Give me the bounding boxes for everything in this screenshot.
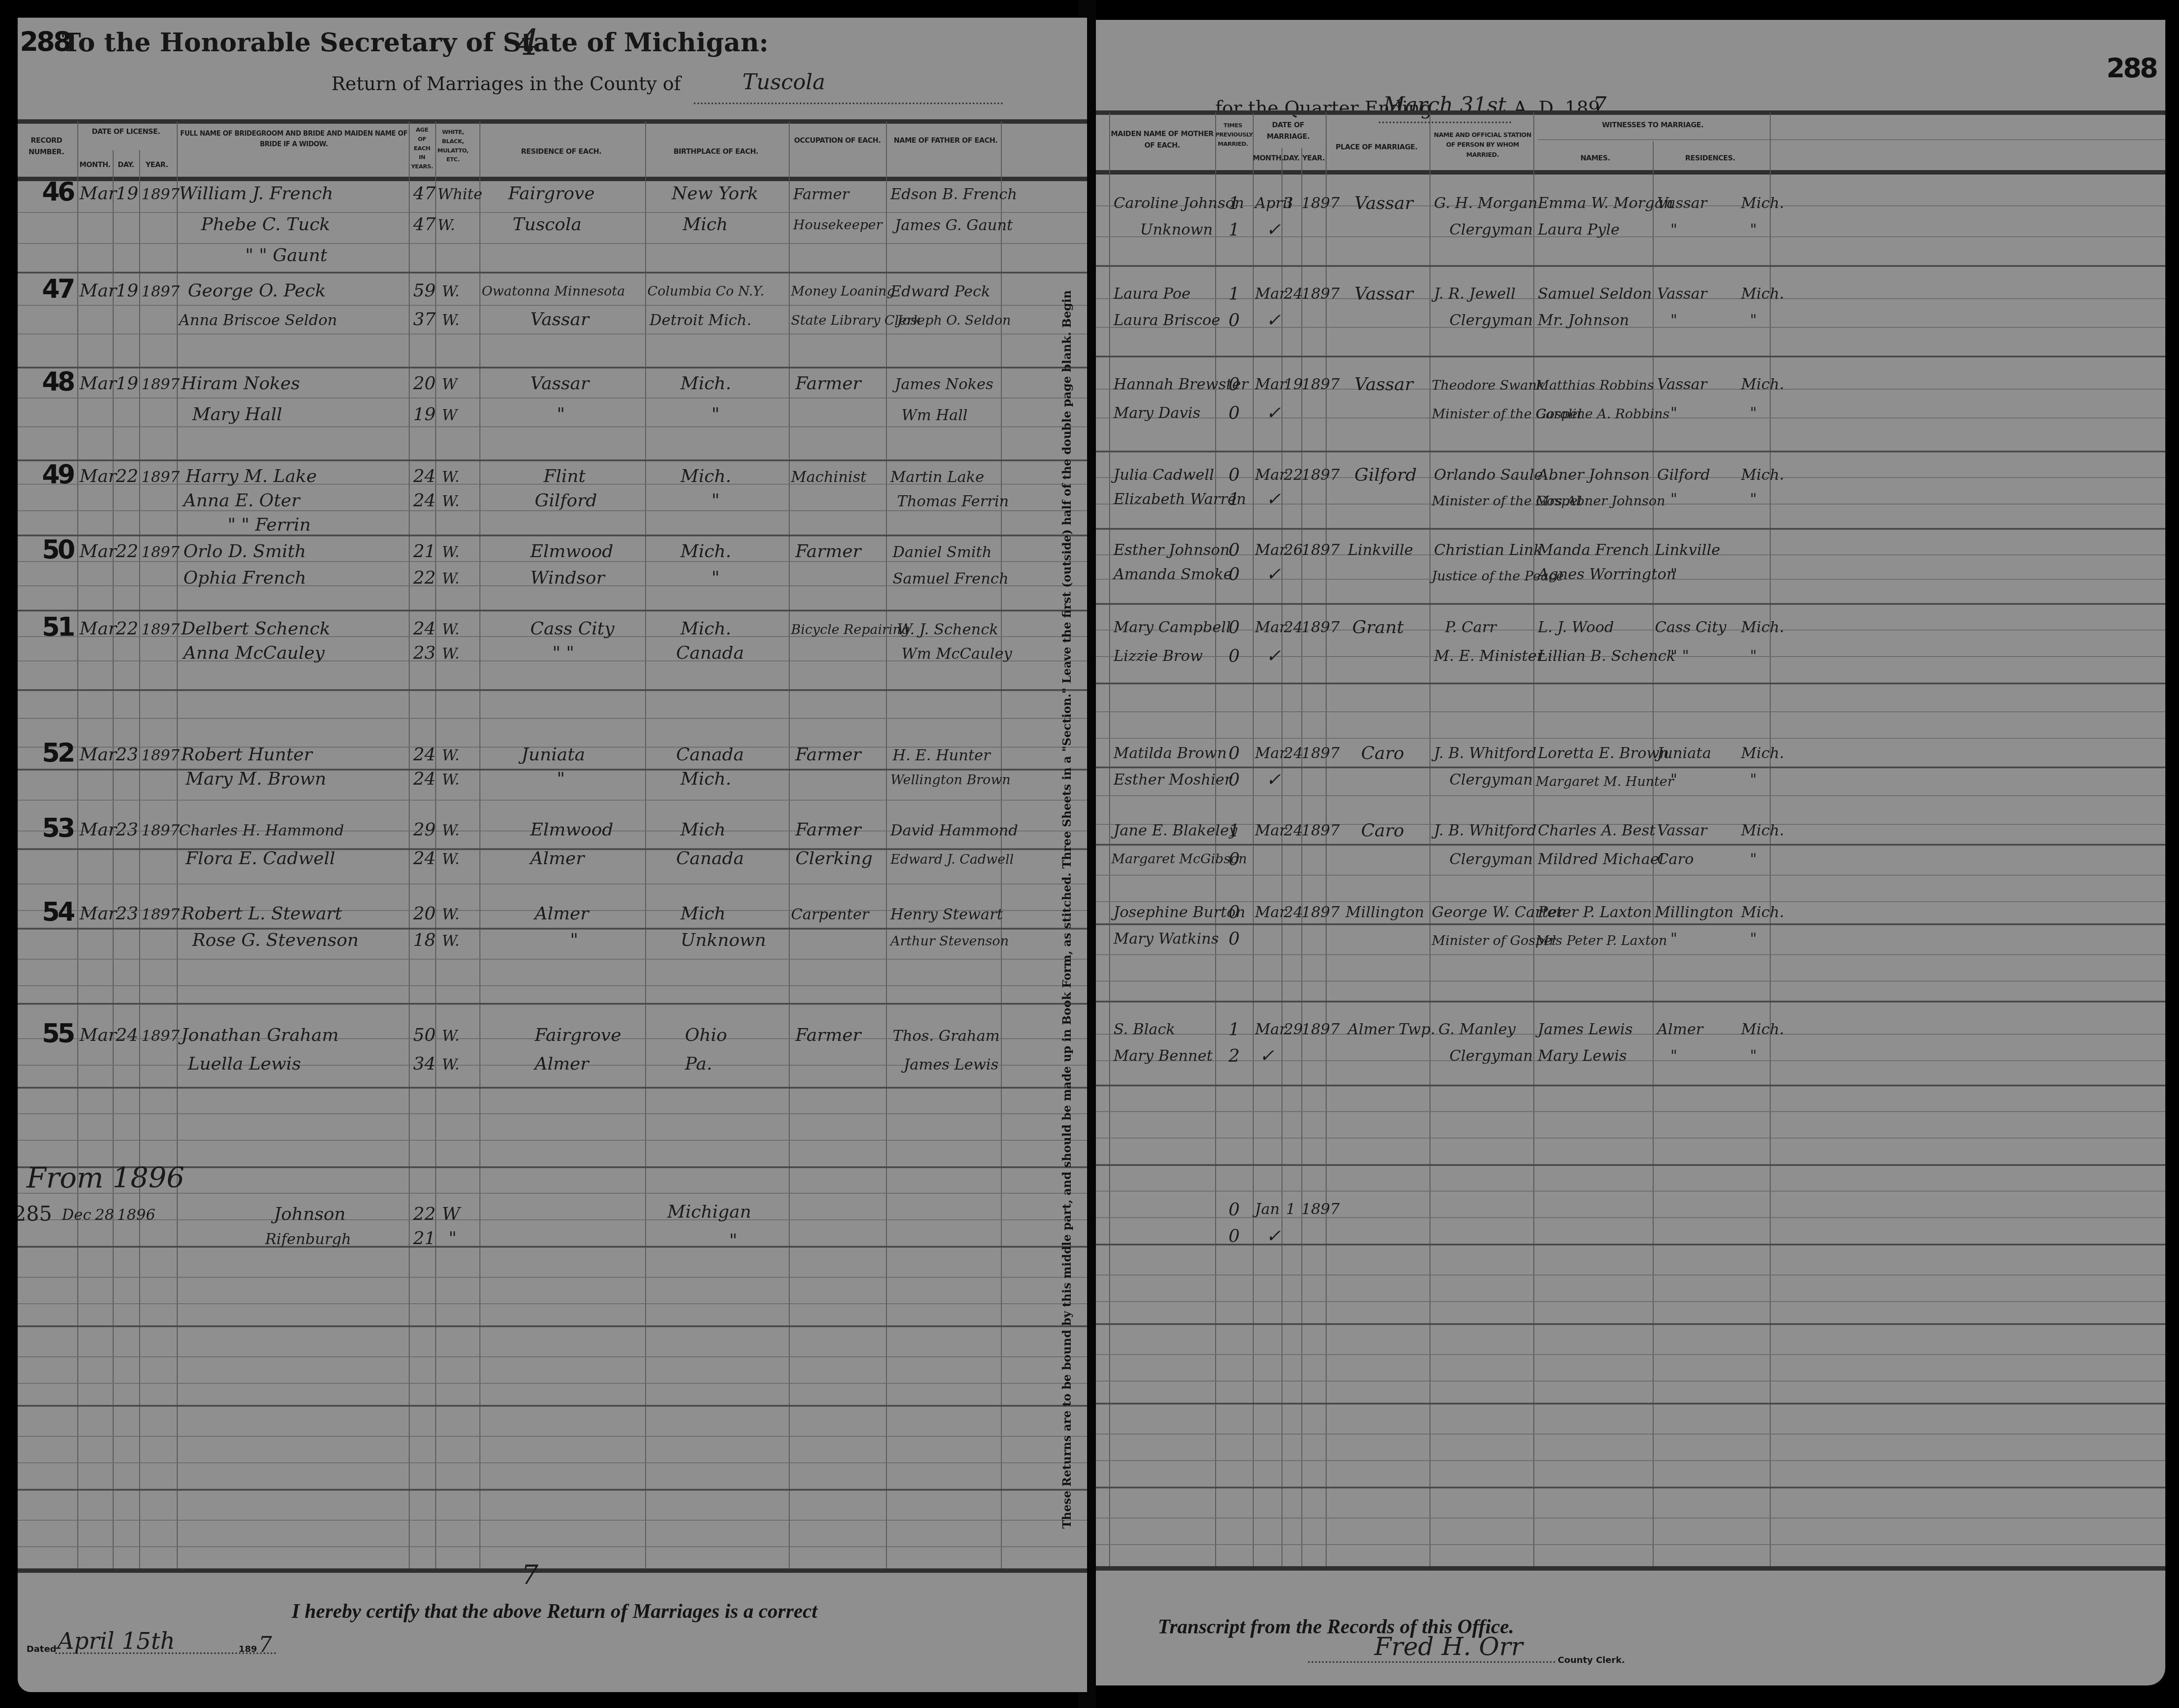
marriage-year: 1897: [1301, 619, 1340, 636]
bride-occupation: Housekeeper: [793, 217, 882, 233]
col-date-of-license: Date of License.: [77, 126, 175, 137]
marriage-year: 1897: [1301, 744, 1340, 762]
col-father: Name of Father of Each.: [888, 135, 1003, 146]
bride-age: 21: [413, 1228, 436, 1249]
groom-color: W.: [442, 906, 460, 923]
bride-name: Anna Briscoe Seldon: [179, 311, 337, 329]
bride-color: W.: [442, 850, 460, 868]
col-color: White, Black, Mulatto, Etc.: [435, 128, 471, 165]
bride-age: 24: [413, 490, 436, 511]
groom-birthplace: Mich.: [681, 466, 731, 486]
license-day: 23: [116, 820, 138, 840]
license-day: 28: [95, 1206, 114, 1224]
license-year: 1897: [141, 376, 180, 393]
record-number: 50: [42, 535, 73, 565]
bride-residence: Gilford: [535, 490, 597, 511]
marriage-place: Vassar: [1354, 284, 1413, 304]
witness-name: Agnes Worrington: [1538, 566, 1676, 583]
sheet-mark: 4: [517, 22, 540, 63]
bride-birthplace: ": [711, 490, 719, 511]
license-day: 23: [116, 903, 138, 924]
marriage-day: 22: [1284, 466, 1303, 484]
bride-color: W.: [442, 1056, 460, 1074]
header-top-rule: [18, 119, 1087, 124]
groom-age: 20: [413, 373, 436, 394]
col-occupation: Occupation of Each.: [789, 135, 886, 146]
rule: [789, 121, 790, 1571]
marriage-day: 24: [1284, 822, 1303, 839]
bride-name: Mary M. Brown: [186, 769, 326, 789]
col-marriage-month: Month.: [1253, 152, 1282, 164]
license-month: Mar: [80, 820, 117, 840]
groom-father: W. J. Schenck: [897, 621, 998, 638]
witness-residence-state: ": [1750, 850, 1757, 868]
bride-mother: Mary Watkins: [1114, 930, 1219, 948]
officiant-name: Orlando Saule: [1434, 466, 1543, 484]
bride-age: 24: [413, 848, 436, 869]
bride-age: 23: [413, 643, 436, 663]
bride-name: Rose G. Stevenson: [192, 930, 359, 950]
bride-father: James G. Gaunt: [895, 216, 1013, 234]
license-year: 1897: [141, 822, 180, 839]
groom-birthplace: Columbia Co N.Y.: [647, 284, 764, 299]
license-day: 19: [116, 281, 138, 301]
groom-times-married: 1: [1228, 193, 1240, 213]
col-year: Year.: [139, 159, 175, 171]
witness-residence-town: ": [1670, 404, 1677, 422]
witness-residence-state: Mich.: [1741, 376, 1784, 393]
officiant-name: J. B. Whitford: [1434, 744, 1536, 762]
groom-name: Harry M. Lake: [186, 466, 317, 486]
witness-residence-state: ": [1750, 311, 1757, 329]
county-line-label: Return of Marriages in the County of: [331, 73, 681, 95]
groom-father: Edward Peck: [890, 283, 990, 300]
witness-residence-town: ": [1670, 490, 1677, 508]
bride-father: Edward J. Cadwell: [890, 852, 1014, 867]
bride-father: Wellington Brown: [890, 772, 1011, 788]
groom-times-married: 0: [1228, 1199, 1240, 1220]
groom-birthplace: Mich.: [681, 619, 731, 639]
record-number: 52: [42, 738, 73, 768]
col-mother: Maiden Name of Mother of Each.: [1109, 128, 1215, 151]
groom-birthplace: Mich: [681, 903, 726, 924]
record-number: 51: [42, 612, 73, 642]
checkmark-icon: ✓: [1266, 1226, 1281, 1246]
witness-residence-state: Mich.: [1741, 1021, 1784, 1038]
groom-color: W.: [442, 747, 460, 764]
witness-residence-state: Mich.: [1741, 744, 1784, 762]
license-day: 19: [116, 373, 138, 394]
bride-residence: Tuscola: [513, 214, 582, 235]
bride-maiden-name: " " Ferrin: [228, 515, 311, 535]
witness-name: Laura Pyle: [1538, 221, 1620, 239]
bride-age: 18: [413, 930, 436, 950]
county-underline: [694, 102, 1003, 104]
bride-birthplace: Mich: [683, 214, 728, 235]
groom-name: George O. Peck: [188, 281, 326, 301]
quarter-underline: [1379, 121, 1511, 123]
groom-color: W.: [442, 621, 460, 638]
groom-age: 47: [413, 183, 436, 204]
officiant-name: J. B. Whitford: [1434, 822, 1536, 839]
col-date-of-marriage: Date of Marriage.: [1253, 119, 1323, 142]
col-place: Place of Marriage.: [1326, 141, 1427, 153]
license-day: 24: [116, 1025, 138, 1045]
groom-occupation: Money Loaning: [791, 284, 895, 299]
bride-father: Wm Hall: [901, 406, 968, 424]
bride-times-married: 0: [1228, 310, 1240, 330]
bride-mother: Mary Bennet: [1114, 1047, 1213, 1065]
groom-occupation: Farmer: [793, 186, 849, 203]
marriage-day: 24: [1284, 903, 1303, 921]
groom-mother: Mary Campbell: [1114, 619, 1231, 636]
marriage-month: Mar: [1255, 466, 1286, 484]
record-number: 53: [42, 813, 73, 843]
marriage-year: 1897: [1301, 466, 1340, 484]
bride-age: 47: [413, 214, 436, 235]
witness-residence-town: Millington: [1655, 903, 1734, 921]
marriage-year: 1897: [1301, 541, 1340, 559]
groom-times-married: 0: [1228, 902, 1240, 922]
witness-residence-town: Vassar: [1657, 376, 1707, 393]
witness-name: Manda French: [1538, 541, 1650, 559]
rule: [479, 121, 480, 1571]
bride-father: James Lewis: [904, 1056, 999, 1074]
bride-occupation: Clerking: [795, 848, 873, 869]
groom-age: 24: [413, 466, 436, 486]
bride-times-married: 2: [1228, 1046, 1240, 1066]
marriage-place: Caro: [1361, 820, 1404, 841]
col-day: Day.: [113, 159, 139, 171]
groom-color: W.: [442, 1027, 460, 1045]
officiant-station: Clergyman: [1449, 771, 1533, 789]
dated-year-suffix: 7: [259, 1632, 272, 1657]
groom-residence: Elmwood: [530, 541, 613, 562]
marriage-year: 1897: [1301, 1200, 1340, 1218]
groom-times-married: 1: [1228, 820, 1240, 841]
license-month: Mar: [80, 1025, 117, 1045]
officiant-name: G. H. Morgan: [1434, 194, 1537, 212]
license-year: 1897: [141, 186, 180, 203]
witness-residence-town: Gilford: [1657, 466, 1710, 484]
bride-mother: Esther Moshier: [1114, 771, 1232, 789]
bride-color: W.: [442, 493, 460, 510]
marriage-year: 1897: [1301, 822, 1340, 839]
groom-father: Daniel Smith: [893, 543, 992, 561]
col-marriage-day: Day.: [1282, 152, 1301, 164]
groom-birthplace: Mich: [681, 820, 726, 840]
clerk-label: County Clerk.: [1558, 1655, 1625, 1665]
groom-father: Martin Lake: [890, 468, 984, 486]
license-year: 1897: [141, 468, 180, 486]
groom-residence: Flint: [544, 466, 586, 486]
groom-age: 20: [413, 903, 436, 924]
license-month: Dec: [62, 1206, 91, 1224]
bride-name: Anna McCauley: [183, 643, 325, 663]
bride-name: Anna E. Oter: [183, 490, 300, 511]
bride-times-married: 0: [1228, 403, 1240, 423]
witness-residence-town: Vassar: [1657, 194, 1707, 212]
witness-residence-state: ": [1750, 490, 1757, 508]
bride-name: Rifenburgh: [265, 1230, 351, 1248]
groom-times-married: 0: [1228, 540, 1240, 560]
groom-mother: Julia Cadwell: [1114, 466, 1214, 484]
certification-text: I hereby certify that the above Return o…: [292, 1599, 818, 1623]
groom-residence: Elmwood: [530, 820, 613, 840]
groom-residence: Fairgrove: [535, 1025, 621, 1045]
witness-name: L. J. Wood: [1538, 619, 1614, 636]
groom-times-married: 0: [1228, 617, 1240, 638]
checkmark-icon: ✓: [1266, 770, 1281, 790]
ad-label: A. D. 189: [1514, 97, 1600, 119]
license-month: Mar: [80, 183, 117, 204]
groom-mother: Hannah Brewster: [1114, 376, 1248, 393]
col-full-name: Full Name of Bridegroom and Bride and Ma…: [179, 128, 409, 149]
license-day: 22: [116, 466, 138, 486]
license-month: Mar: [80, 619, 117, 639]
groom-residence: Owatonna Minnesota: [482, 284, 625, 299]
clerk-signature: Fred H. Orr: [1374, 1632, 1523, 1661]
groom-mother: Jane E. Blakeley: [1114, 822, 1237, 839]
groom-mother: Matilda Brown: [1114, 744, 1227, 762]
checkmark-icon: ✓: [1259, 1046, 1274, 1066]
groom-name: Hiram Nokes: [181, 373, 300, 394]
col-times-married: Times Previously Married.: [1215, 121, 1251, 149]
marriage-day: 29: [1284, 1021, 1303, 1038]
witness-name: Matthias Robbins: [1536, 378, 1654, 393]
groom-color: W.: [442, 468, 460, 486]
bride-color: W.: [442, 311, 460, 329]
witness-residence-state: ": [1750, 647, 1757, 665]
bride-mother: Elizabeth Warren: [1114, 490, 1246, 508]
groom-occupation: Machinist: [791, 468, 867, 486]
witness-residence-state: Mich.: [1741, 619, 1784, 636]
rule: [1001, 121, 1002, 1571]
groom-color: W.: [442, 543, 460, 561]
record-number: 46: [42, 177, 73, 207]
groom-occupation: Farmer: [795, 744, 861, 765]
bride-times-married: 0: [1228, 849, 1240, 869]
groom-name: Johnson: [274, 1204, 346, 1224]
record-number: 54: [42, 897, 73, 927]
marriage-day: 3: [1284, 194, 1293, 212]
marriage-month: Mar: [1255, 541, 1286, 559]
bride-name: Mary Hall: [192, 404, 282, 425]
rule: [435, 121, 436, 1571]
witness-residence-state: Mich.: [1741, 903, 1784, 921]
bride-father: Arthur Stevenson: [890, 934, 1009, 949]
groom-birthplace: Ohio: [685, 1025, 727, 1045]
bride-color: W.: [437, 216, 455, 234]
license-year: 1897: [141, 906, 180, 923]
groom-occupation: Carpenter: [791, 906, 869, 923]
witness-name: Mrs Peter P. Laxton: [1536, 933, 1667, 949]
groom-occupation: Bicycle Repairing: [791, 622, 910, 638]
bride-mother: Unknown: [1140, 221, 1213, 239]
groom-age: 24: [413, 619, 436, 639]
marriage-year: 1897: [1301, 1021, 1340, 1038]
groom-mother: Josephine Burton: [1114, 903, 1245, 921]
marriage-day: 1: [1286, 1200, 1296, 1218]
bride-times-married: 1: [1228, 489, 1240, 509]
checkmark-icon: ✓: [1266, 646, 1281, 666]
bride-age: 24: [413, 769, 436, 789]
bride-times-married: 0: [1228, 1226, 1240, 1246]
witness-residence-town: Vassar: [1657, 285, 1707, 303]
officiant-station: Clergyman: [1449, 1047, 1533, 1065]
license-year: 1897: [141, 747, 180, 764]
groom-color: White: [437, 186, 483, 203]
groom-color: W: [442, 1204, 460, 1224]
officiant-name: Christian Link: [1434, 541, 1543, 559]
groom-age: 22: [413, 1204, 436, 1224]
bride-residence: Windsor: [530, 568, 605, 588]
bride-color: W.: [442, 932, 460, 950]
license-year: 1897: [141, 621, 180, 638]
license-day: 22: [116, 541, 138, 562]
bride-birthplace: Detroit Mich.: [650, 311, 752, 329]
license-month: Mar: [80, 466, 117, 486]
witness-residence-town: Caro: [1657, 850, 1694, 868]
groom-birthplace: Mich.: [681, 373, 731, 394]
license-day: 23: [116, 744, 138, 765]
left-page: 288 To the Honorable Secretary of State …: [18, 18, 1087, 1692]
col-witness-names: Names.: [1538, 152, 1653, 164]
bride-birthplace: Canada: [676, 848, 744, 869]
record-number: 49: [42, 459, 73, 490]
license-month: Mar: [80, 541, 117, 562]
witness-name: Samuel Seldon: [1538, 285, 1652, 303]
bride-birthplace: Pa.: [685, 1054, 712, 1074]
bride-mother: Mary Davis: [1114, 404, 1200, 422]
groom-occupation: Farmer: [795, 820, 861, 840]
witness-residence-town: Almer: [1657, 1021, 1703, 1038]
officiant-name: G. Manley: [1438, 1021, 1516, 1038]
groom-occupation: Farmer: [795, 1025, 861, 1045]
groom-name: Delbert Schenck: [181, 619, 330, 639]
witness-residence-town: Linkville: [1655, 541, 1720, 559]
groom-times-married: 0: [1228, 465, 1240, 485]
groom-mother: Laura Poe: [1114, 285, 1190, 303]
checkmark-icon: ✓: [1266, 310, 1281, 330]
marriage-month: Mar: [1255, 822, 1286, 839]
witness-name: Emma W. Morgan: [1538, 194, 1673, 212]
witness-residence-state: ": [1750, 1047, 1757, 1065]
dated-label: Dated: [27, 1643, 57, 1654]
marriage-day: 24: [1284, 285, 1303, 303]
marriage-year: 1897: [1301, 285, 1340, 303]
bride-birthplace: Mich.: [681, 769, 731, 789]
bride-times-married: 0: [1228, 646, 1240, 666]
marriage-place: Grant: [1352, 617, 1404, 638]
bride-color: ": [449, 1228, 456, 1249]
bride-residence: ": [557, 404, 565, 425]
groom-father: Edson B. French: [890, 186, 1017, 203]
marriage-place: Caro: [1361, 743, 1404, 763]
marriage-place: Linkville: [1348, 541, 1413, 559]
groom-name: Robert L. Stewart: [181, 903, 342, 924]
bride-residence: Almer: [535, 1054, 589, 1074]
groom-color: W.: [442, 283, 460, 300]
bride-name: Luella Lewis: [188, 1054, 301, 1074]
groom-residence: Juniata: [521, 744, 585, 765]
groom-residence: Fairgrove: [508, 183, 595, 204]
witness-name: Mrs Abner Johnson: [1536, 493, 1665, 509]
groom-age: 21: [413, 541, 436, 562]
license-month: Mar: [80, 903, 117, 924]
bride-times-married: 0: [1228, 564, 1240, 585]
witness-name: Peter P. Laxton: [1538, 903, 1652, 921]
witness-name: Margaret M. Hunter: [1536, 774, 1673, 789]
witness-residence-state: ": [1750, 404, 1757, 422]
groom-residence: Almer: [535, 903, 589, 924]
bride-age: 37: [413, 309, 436, 330]
witness-residence-state: Mich.: [1741, 285, 1784, 303]
bride-residence: Vassar: [530, 309, 589, 330]
marriage-place: Vassar: [1354, 374, 1413, 395]
col-birthplace: Birthplace of Each.: [645, 146, 787, 157]
witness-residence-town: Vassar: [1657, 822, 1707, 839]
bride-residence: " ": [552, 643, 574, 663]
bride-times-married: 0: [1228, 929, 1240, 949]
groom-age: 29: [413, 820, 436, 840]
marriage-month: Mar: [1255, 903, 1286, 921]
witness-residence-town: " ": [1670, 647, 1689, 665]
groom-times-married: 0: [1228, 374, 1240, 395]
marriage-month: Mar: [1255, 744, 1286, 762]
witness-residence-town: ": [1670, 930, 1677, 948]
license-year: 1896: [117, 1206, 156, 1224]
rule: [886, 121, 887, 1571]
witness-residence-state: ": [1750, 771, 1757, 789]
witness-residence-town: ": [1670, 311, 1677, 329]
bride-age: 34: [413, 1054, 436, 1074]
bride-residence: Almer: [530, 848, 584, 869]
marriage-year: 1897: [1301, 903, 1340, 921]
margin-mark: 7: [521, 1560, 538, 1590]
col-witnesses: Witnesses to Marriage.: [1538, 119, 1768, 131]
groom-times-married: 1: [1228, 284, 1240, 304]
groom-color: W.: [442, 822, 460, 839]
license-day: 22: [116, 619, 138, 639]
col-residence: Residence of Each.: [482, 146, 641, 157]
license-month: Mar: [80, 744, 117, 765]
groom-father: James Nokes: [895, 376, 993, 393]
right-page: 288 for the Quarter Ending March 31st A.…: [1096, 20, 2165, 1685]
dated-value: April 15th: [57, 1628, 175, 1655]
groom-father: Thos. Graham: [893, 1027, 1000, 1045]
license-month: Mar: [80, 281, 117, 301]
bride-birthplace: Unknown: [681, 930, 766, 950]
officiant-station: Clergyman: [1449, 311, 1533, 329]
witness-residence-state: ": [1750, 930, 1757, 948]
witness-residence-town: Cass City: [1655, 619, 1726, 636]
bride-name: Ophia French: [183, 568, 306, 588]
right-page-number: 288: [2107, 53, 2156, 84]
groom-residence: Cass City: [530, 619, 614, 639]
witness-name: Mildred Michael: [1538, 850, 1664, 868]
bride-father: Samuel French: [893, 570, 1008, 588]
late-record-note: From 1896: [27, 1162, 184, 1195]
groom-name: Orlo D. Smith: [183, 541, 306, 562]
binding-instructions-left: These Returns are to be bound by this mi…: [1061, 290, 1074, 1529]
record-number: 285: [18, 1202, 52, 1226]
checkmark-icon: ✓: [1266, 220, 1281, 240]
record-number: 48: [42, 367, 73, 397]
checkmark-icon: ✓: [1266, 403, 1281, 423]
groom-birthplace: New York: [672, 183, 758, 204]
marriage-year: 1897: [1301, 194, 1340, 212]
